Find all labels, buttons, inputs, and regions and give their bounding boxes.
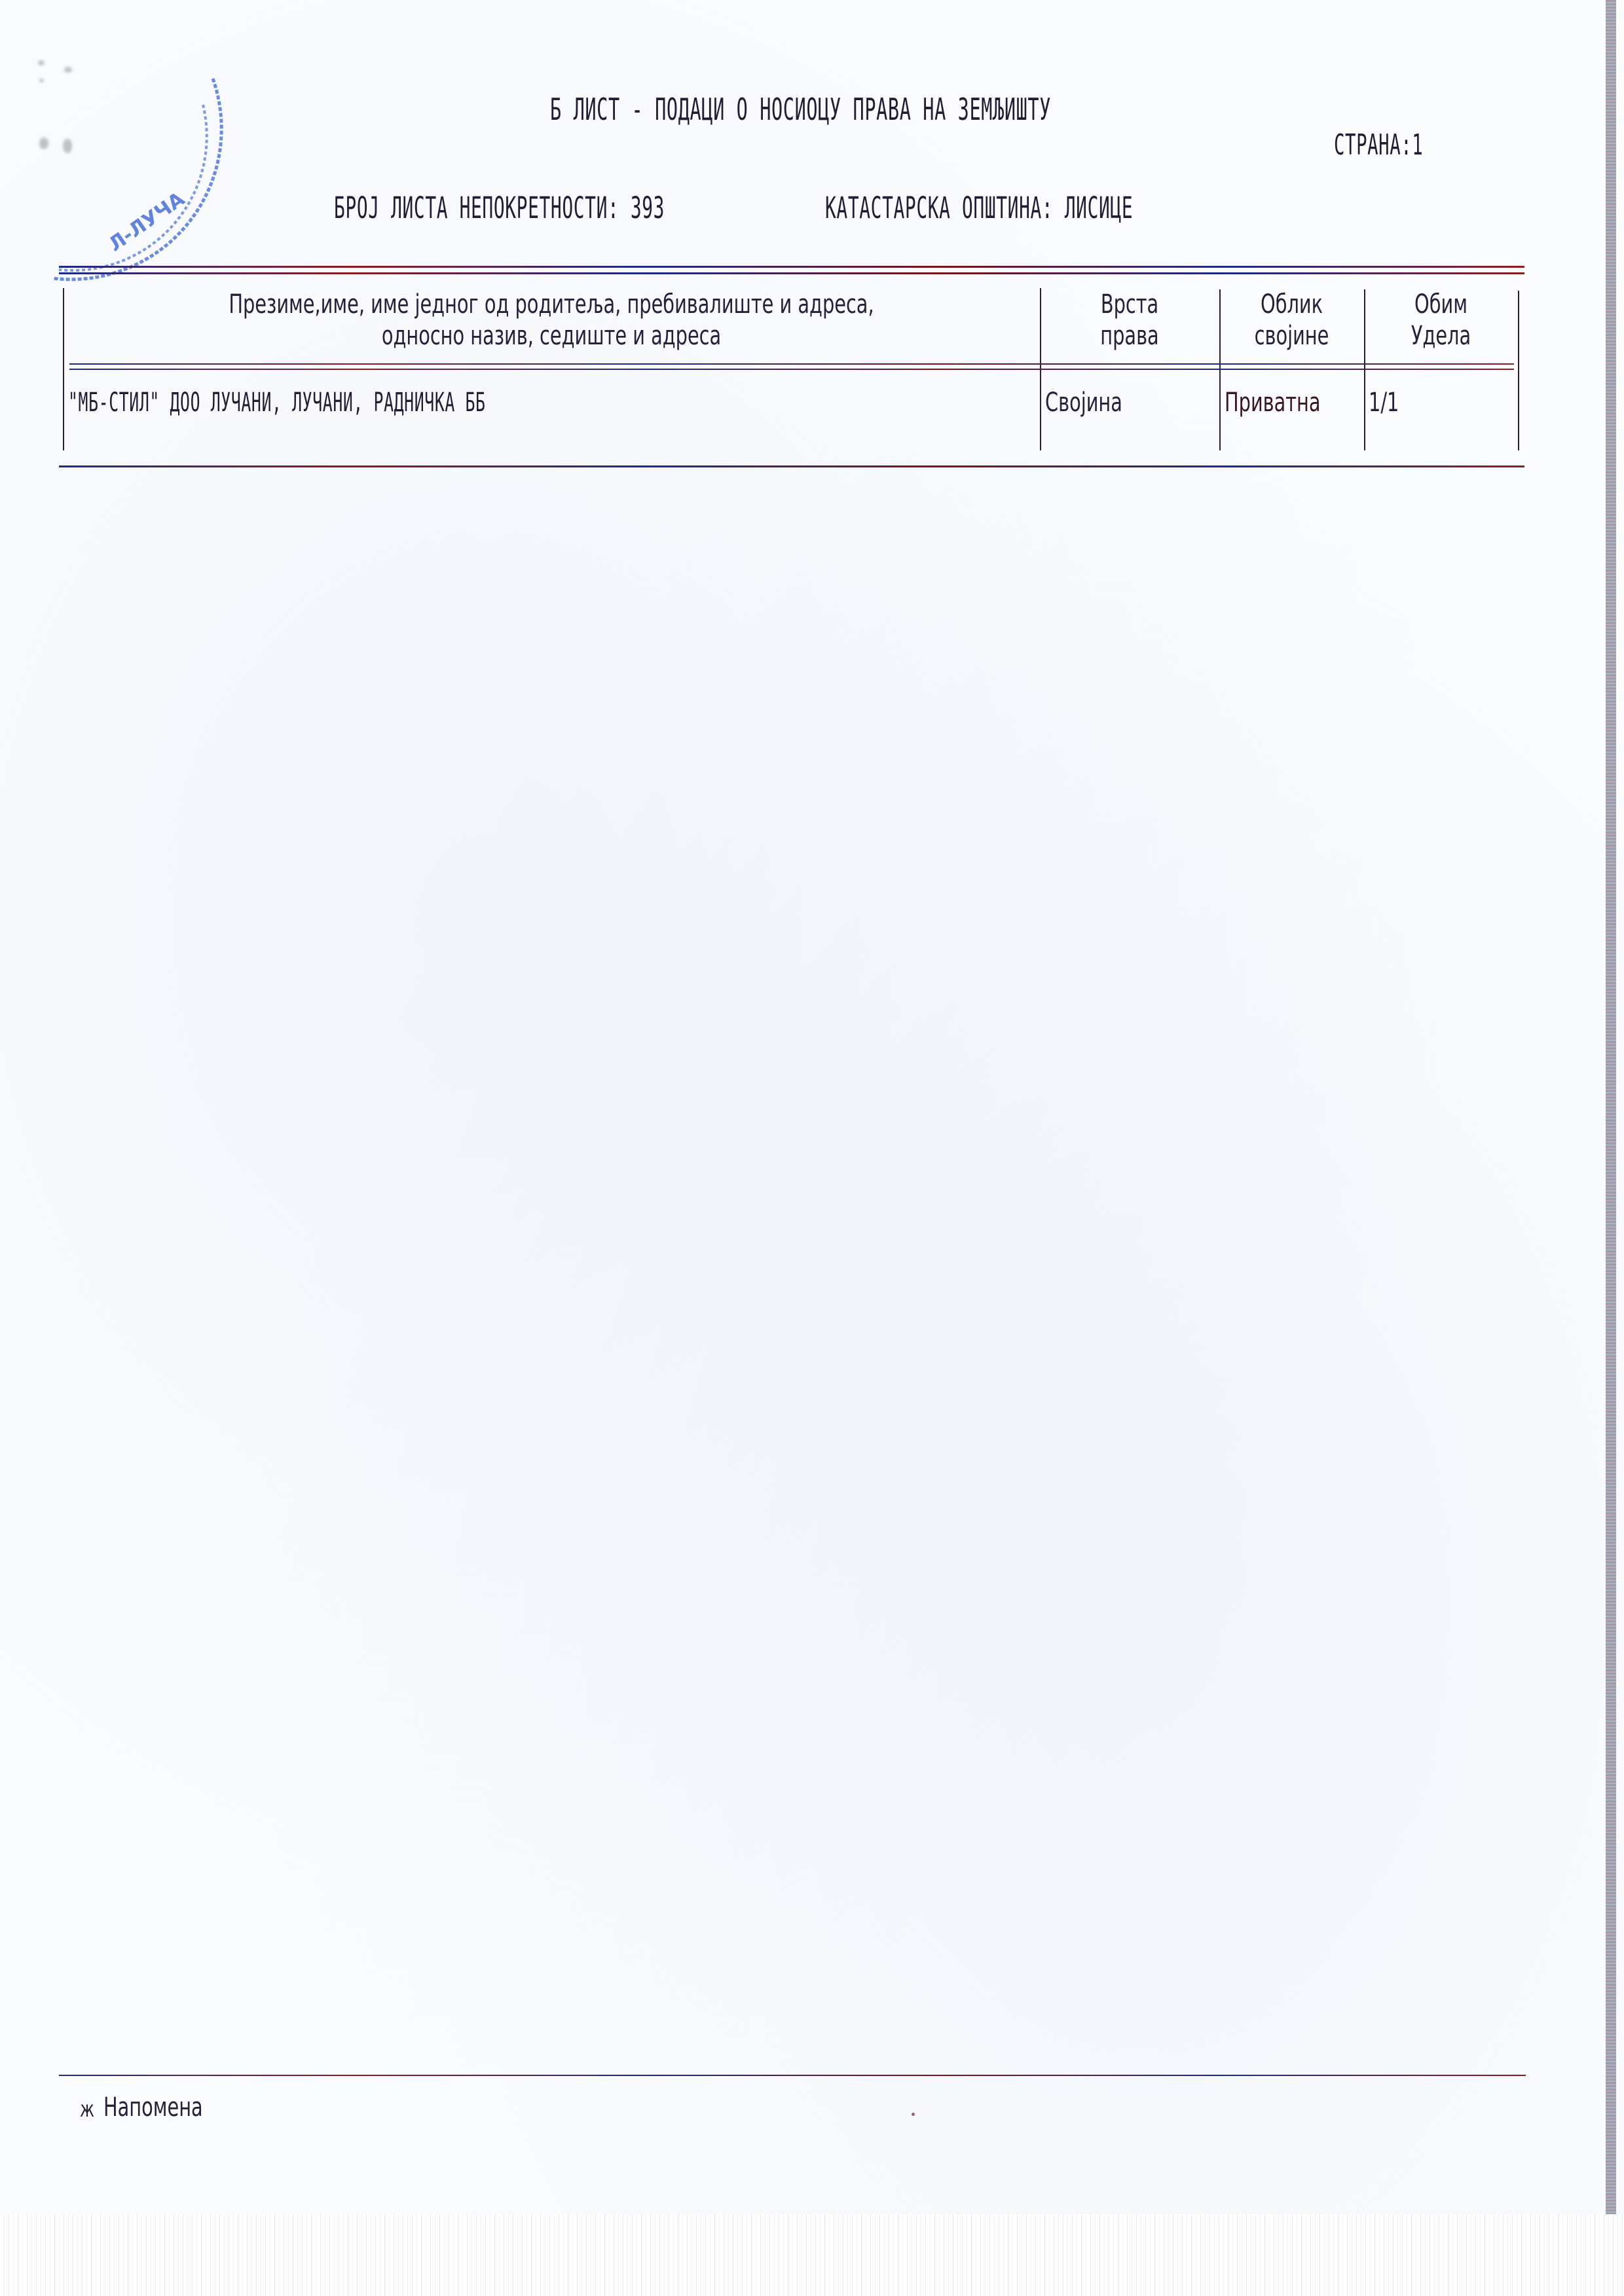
column-header-right-type-line2: права <box>1065 321 1194 351</box>
column-header-ownership-form: Облик својине <box>1240 289 1344 351</box>
share-value: 1/1 <box>1369 388 1399 418</box>
table-border-left <box>63 288 64 450</box>
smudge-mark <box>64 67 72 73</box>
ownership-form-value: Приватна <box>1225 388 1321 418</box>
scan-bottom-streaks <box>0 2214 1624 2296</box>
speck-mark <box>912 2113 915 2116</box>
right-type-value: Својина <box>1045 388 1122 418</box>
footer-rule <box>59 2075 1526 2076</box>
column-header-ownership-form-line2: својине <box>1240 321 1344 351</box>
official-stamp: Л-ЛУЧА <box>0 26 249 282</box>
page-number: СТРАНА:1 <box>1334 128 1423 162</box>
footnote-marker: ж <box>80 2096 94 2123</box>
column-header-holder-line2: односно назив, седиште и адреса <box>200 321 903 351</box>
column-header-ownership-form-line1: Облик <box>1240 289 1344 319</box>
table-bottom-rule <box>59 465 1524 467</box>
document-title: Б ЛИСТ - ПОДАЦИ О НОСИОЦУ ПРАВА НА ЗЕМЉИ… <box>550 92 1078 127</box>
table-border-right <box>1518 291 1519 450</box>
column-header-share: Обим Удела <box>1386 289 1496 351</box>
header-separator-top <box>69 363 1514 365</box>
header-rule-bottom <box>59 272 1524 274</box>
column-header-holder: Презиме,име, име једног од родитеља, пре… <box>200 289 903 351</box>
stamp-text: Л-ЛУЧА <box>105 187 190 256</box>
smudge-mark <box>38 60 45 65</box>
header-rule-top <box>59 266 1524 268</box>
holder-name-address: "МБ-СТИЛ" ДОО ЛУЧАНИ, ЛУЧАНИ, РАДНИЧКА Б… <box>68 388 486 418</box>
cadastral-municipality: КАТАСТАРСКА ОПШТИНА: ЛИСИЦЕ <box>825 191 1133 225</box>
header-separator-bottom <box>69 369 1514 370</box>
column-header-share-line2: Удела <box>1386 321 1496 351</box>
smudge-mark <box>63 139 72 153</box>
scan-edge-shadow <box>1606 0 1616 2296</box>
smudge-mark <box>39 79 44 82</box>
smudge-mark <box>39 137 48 149</box>
column-divider <box>1364 289 1365 450</box>
column-header-holder-line1: Презиме,име, име једног од родитеља, пре… <box>200 289 903 319</box>
column-header-right-type-line1: Врста <box>1065 289 1194 319</box>
column-header-right-type: Врста права <box>1065 289 1194 351</box>
footnote-label: Напомена <box>103 2092 203 2123</box>
column-divider <box>1219 289 1221 450</box>
column-header-share-line1: Обим <box>1386 289 1496 319</box>
property-sheet-number: БРОЈ ЛИСТА НЕПОКРЕТНОСТИ: 393 <box>334 191 665 225</box>
